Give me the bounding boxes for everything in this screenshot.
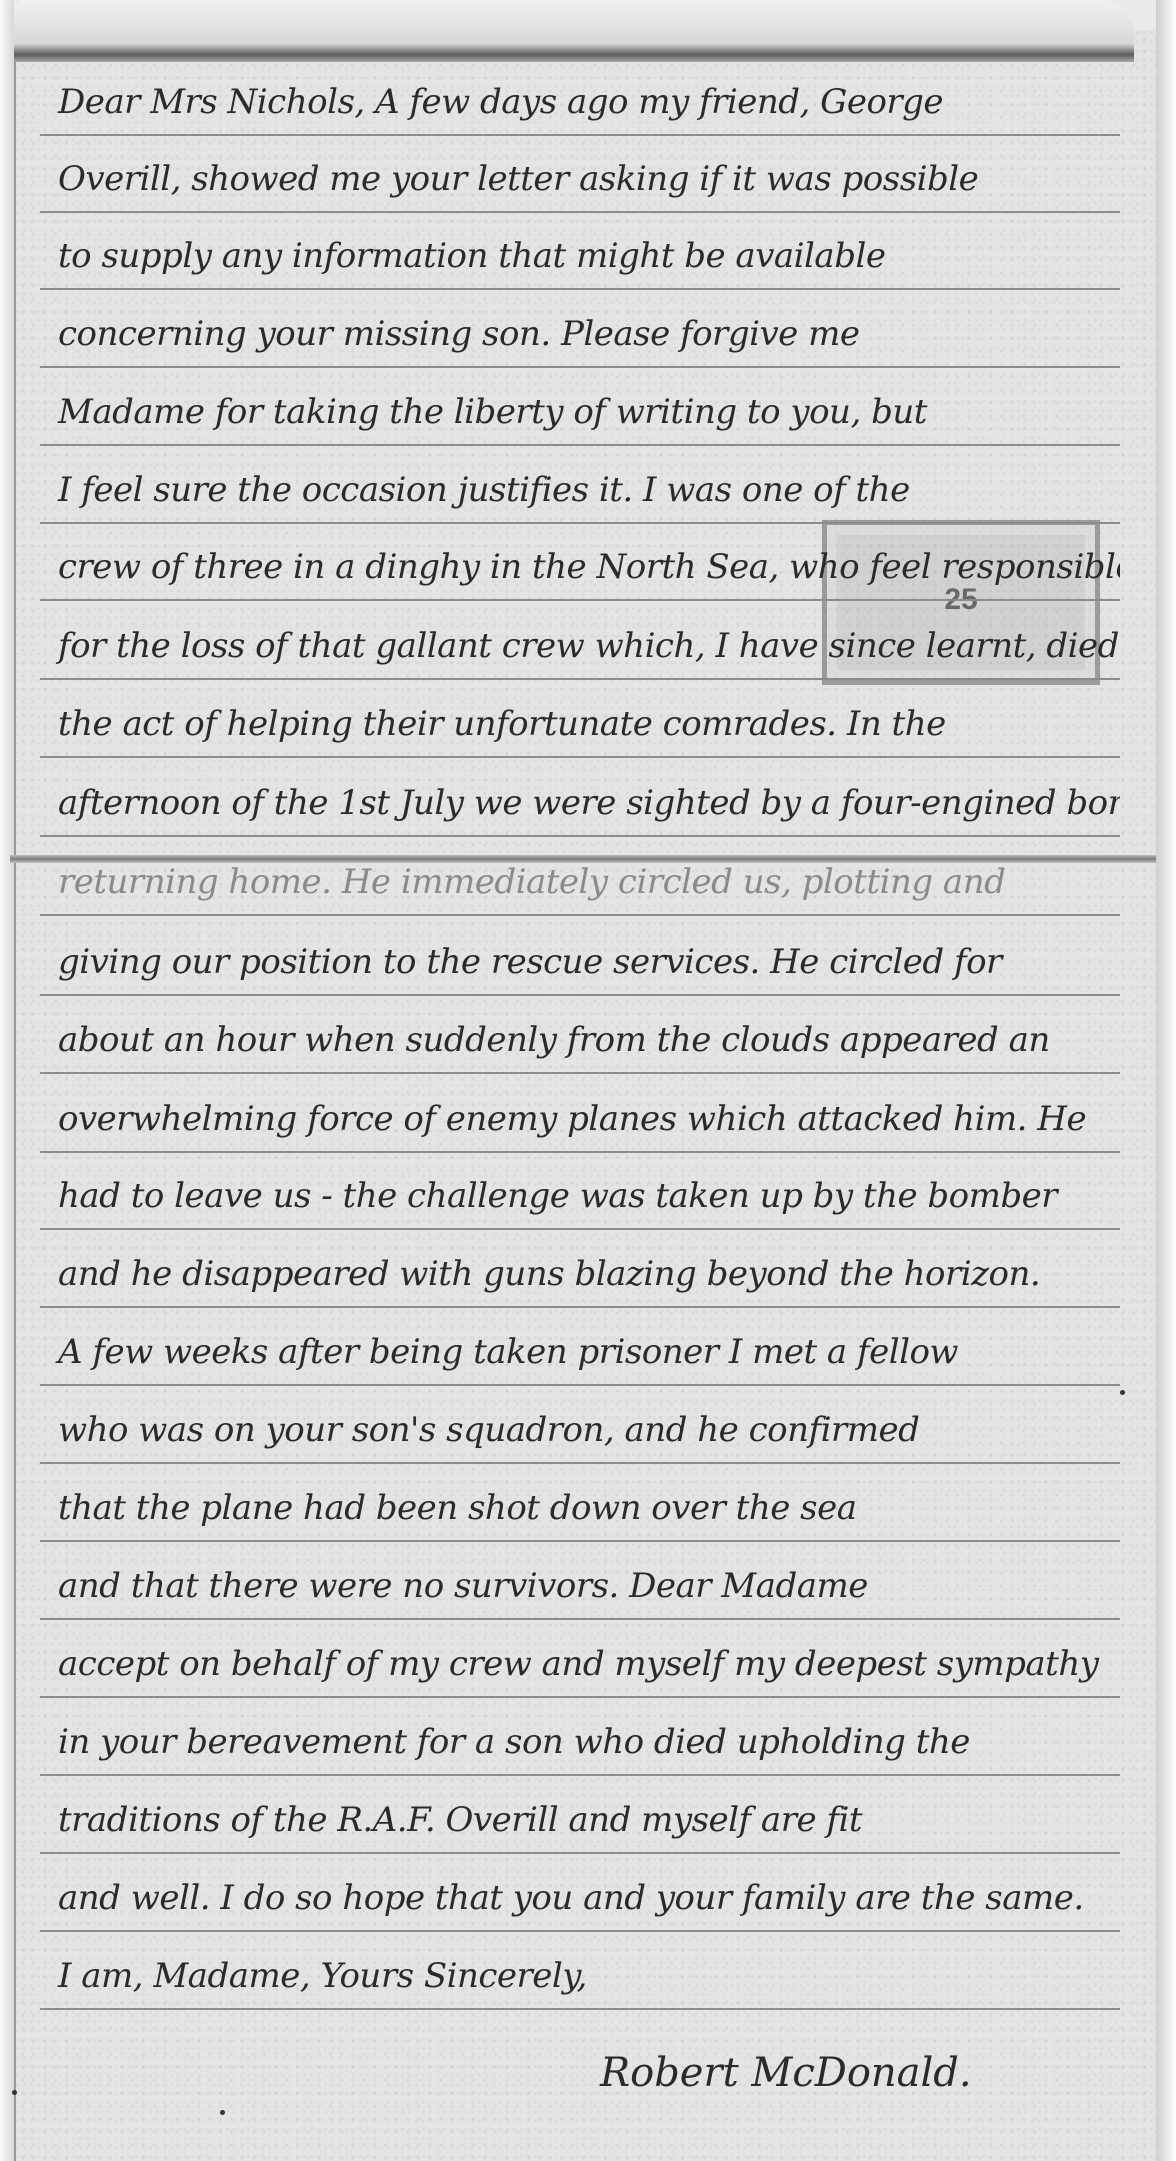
letter-line: Overill, showed me your letter asking if… [40,147,1120,213]
letter-line: that the plane had been shot down over t… [40,1476,1120,1542]
ink-speck [1120,1390,1125,1395]
letter-line: afternoon of the 1st July we were sighte… [40,771,1120,837]
letter-line: about an hour when suddenly from the clo… [40,1008,1120,1074]
letter-line: in your bereavement for a son who died u… [40,1710,1120,1776]
letter-line: and well. I do so hope that you and your… [40,1866,1120,1932]
letter-line: Madame for taking the liberty of writing… [40,380,1120,446]
letter-line: and he disappeared with guns blazing bey… [40,1242,1120,1308]
letter-line: to supply any information that might be … [40,224,1120,290]
letter-line: returning home. He immediately circled u… [40,850,1120,916]
letter-line: I feel sure the occasion justifies it. I… [40,458,1120,524]
letter-line: for the loss of that gallant crew which,… [40,614,1120,680]
ink-speck [220,2110,225,2115]
letter-line: concerning your missing son. Please forg… [40,302,1120,368]
letter-line: and that there were no survivors. Dear M… [40,1554,1120,1620]
ink-speck [12,2090,17,2095]
signature: Robert McDonald. [600,2050,972,2096]
letter-line: accept on behalf of my crew and myself m… [40,1632,1120,1698]
letter-line: who was on your son's squadron, and he c… [40,1398,1120,1464]
letter-line: Dear Mrs Nichols, A few days ago my frie… [40,70,1120,136]
letter-line: had to leave us - the challenge was take… [40,1164,1120,1230]
letter-body: Dear Mrs Nichols, A few days ago my frie… [0,0,1176,2161]
letter-line: traditions of the R.A.F. Overill and mys… [40,1788,1120,1854]
letter-line: the act of helping their unfortunate com… [40,692,1120,758]
letter-line: A few weeks after being taken prisoner I… [40,1320,1120,1386]
scanned-letter: 25 Dear Mrs Nichols, A few days ago my f… [0,0,1176,2161]
letter-line: crew of three in a dinghy in the North S… [40,535,1120,601]
letter-line: giving our position to the rescue servic… [40,930,1120,996]
letter-closing: I am, Madame, Yours Sincerely, [40,1944,1120,2010]
letter-line: overwhelming force of enemy planes which… [40,1087,1120,1153]
